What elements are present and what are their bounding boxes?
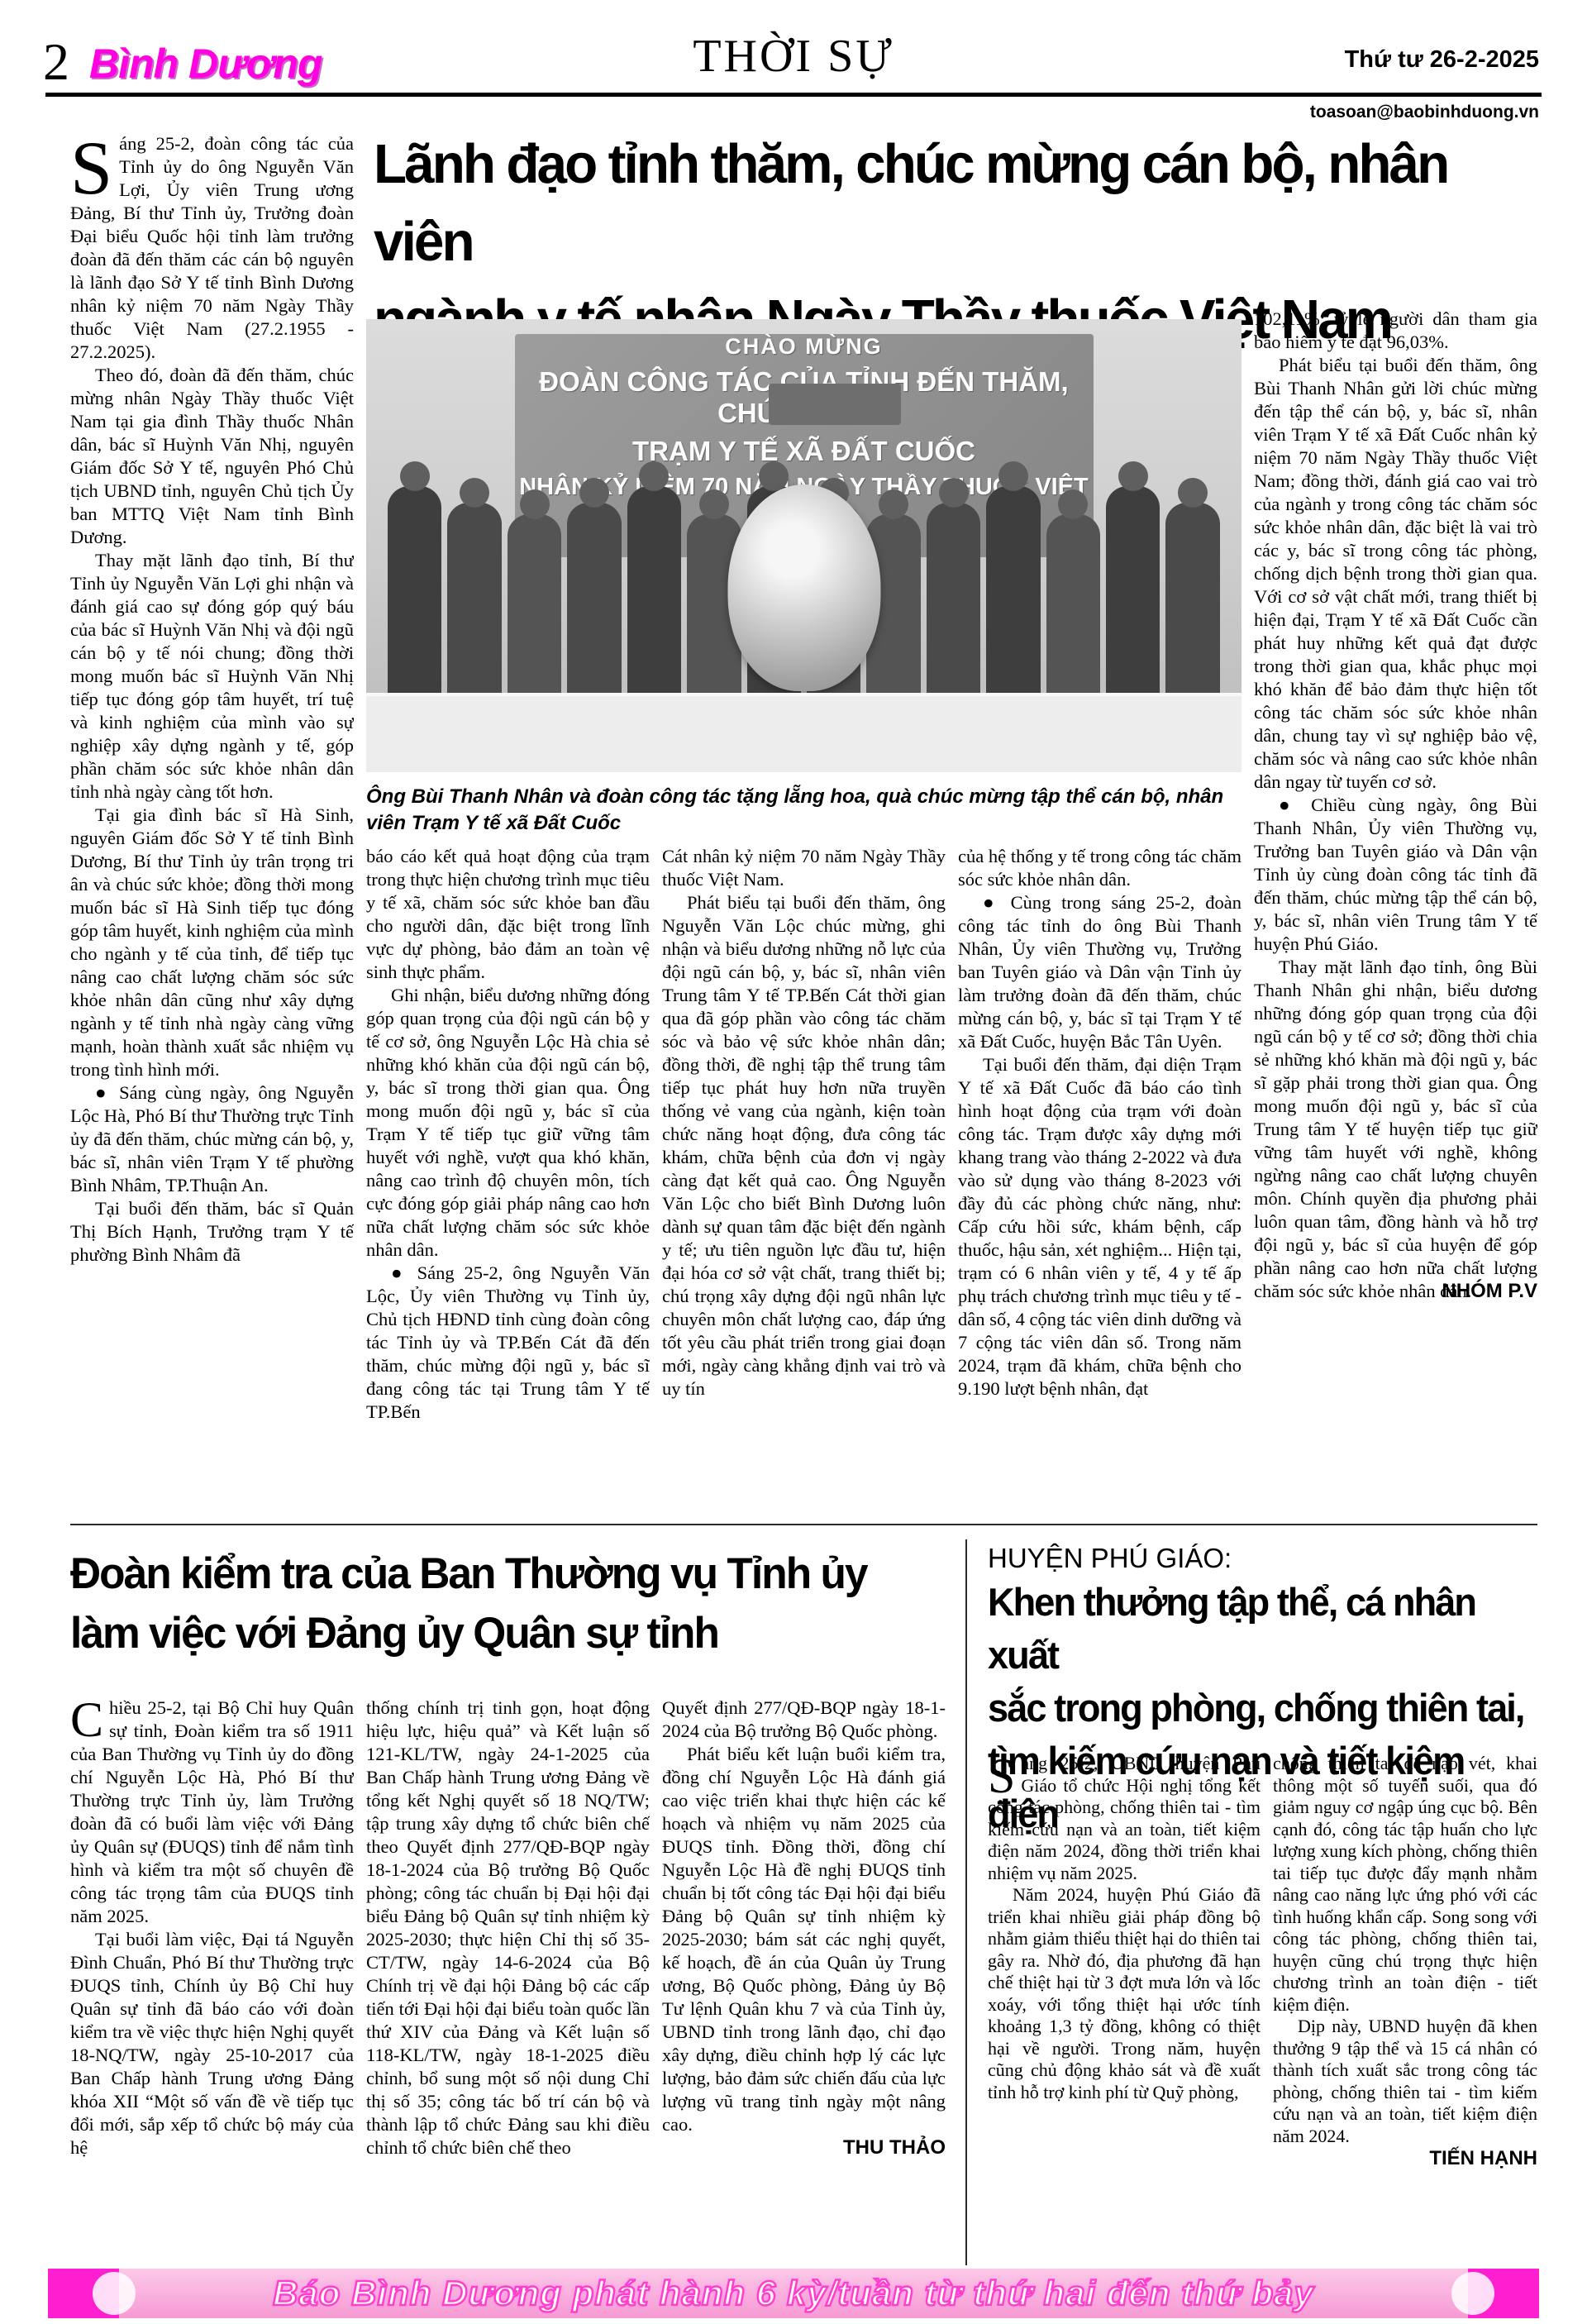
footer-text: Báo Bình Dương phát hành 6 kỳ/tuần từ th… <box>273 2274 1314 2313</box>
person-silhouette <box>567 503 621 699</box>
article2-column-3: Quyết định 277/QĐ-BQP ngày 18-1-2024 của… <box>662 1696 946 2269</box>
paragraph: của hệ thống y tế trong công tác chăm só… <box>958 845 1241 891</box>
article2-byline: THU THẢO <box>662 2136 946 2159</box>
drop-cap: S <box>70 132 119 198</box>
article2-column-1: Chiều 25-2, tại Bộ Chỉ huy Quân sự tỉnh,… <box>70 1696 354 2269</box>
paragraph: Thay mặt lãnh đạo tỉnh, ông Bùi Thanh Nh… <box>1254 956 1537 1303</box>
article-photo: CHÀO MỪNG ĐOÀN CÔNG TÁC CỦA TỈNH ĐẾN THĂ… <box>366 319 1241 772</box>
date-label: Thứ tư 26-2-2025 <box>1345 46 1539 74</box>
article3-headline-line2: sắc trong phòng, chống thiên tai, <box>988 1682 1535 1735</box>
drop-cap: C <box>70 1696 109 1739</box>
paragraph: Tại buổi làm việc, Đại tá Nguyễn Đình Ch… <box>70 1928 354 2159</box>
paragraph: Chiều 25-2, tại Bộ Chỉ huy Quân sự tỉnh,… <box>70 1696 354 1928</box>
person-silhouette <box>986 486 1040 699</box>
article3-byline: TIẾN HẠNH <box>1273 2147 1537 2170</box>
newspaper-page: 2 Bình Dương THỜI SỰ Thứ tư 26-2-2025 to… <box>0 0 1587 2324</box>
article2-headline-line1: Đoàn kiểm tra của Ban Thường vụ Tỉnh ủy <box>70 1544 932 1604</box>
article1-column-3: Cát nhân kỷ niệm 70 năm Ngày Thầy thuốc … <box>662 845 946 1519</box>
paragraph: Năm 2024, huyện Phú Giáo đã triển khai n… <box>988 1884 1261 2103</box>
small-sign <box>769 384 901 425</box>
paragraph: Tại buổi đến thăm, bác sĩ Quản Thị Bích … <box>70 1197 354 1267</box>
paragraph: Phát biểu tại buổi đến thăm, ông Bùi Tha… <box>1254 354 1537 794</box>
paragraph: Theo đó, đoàn đã đến thăm, chúc mừng nhâ… <box>70 364 354 549</box>
drop-cap: S <box>988 1753 1021 1796</box>
flower-wreath <box>727 484 880 691</box>
article3-column-2: chống thiên tai để nạo vét, khai thông m… <box>1273 1753 1537 2267</box>
paragraph: Quyết định 277/QĐ-BQP ngày 18-1-2024 của… <box>662 1696 946 1743</box>
paragraph: ● Chiều cùng ngày, ông Bùi Thanh Nhân, Ủ… <box>1254 794 1537 956</box>
person-silhouette <box>447 503 501 699</box>
person-silhouette <box>1165 503 1219 699</box>
article1-column-2: báo cáo kết quả hoạt động của trạm trong… <box>366 845 650 1519</box>
paragraph: 102,11%; tỷ lệ người dân tham gia bảo hi… <box>1254 308 1537 354</box>
paragraph: Dịp này, UBND huyện đã khen thưởng 9 tập… <box>1273 2016 1537 2147</box>
footer-decoration-right <box>1468 2269 1539 2318</box>
paragraph: ● Cùng trong sáng 25-2, đoàn công tác tỉ… <box>958 891 1241 1053</box>
photo-caption: Ông Bùi Thanh Nhân và đoàn công tác tặng… <box>366 784 1241 837</box>
paragraph: báo cáo kết quả hoạt động của trạm trong… <box>366 845 650 984</box>
article1-headline-line1: Lãnh đạo tỉnh thăm, chúc mừng cán bộ, nh… <box>374 126 1524 281</box>
article1-column-4: của hệ thống y tế trong công tác chăm só… <box>958 845 1241 1519</box>
paragraph: Tại buổi đến thăm, đại diện Trạm Y tế xã… <box>958 1053 1241 1401</box>
article2-headline: Đoàn kiểm tra của Ban Thường vụ Tỉnh ủy … <box>70 1544 932 1663</box>
paragraph: Cát nhân kỷ niệm 70 năm Ngày Thầy thuốc … <box>662 845 946 891</box>
header-rule <box>45 93 1542 97</box>
person-silhouette <box>927 503 980 699</box>
editor-email: toasoan@baobinhduong.vn <box>1310 103 1539 122</box>
article1-column-1: Sáng 25-2, đoàn công tác của Tỉnh ủy do … <box>70 132 354 1488</box>
photo-banner-line1: CHÀO MỪNG <box>725 334 882 360</box>
paragraph: Tại gia đình bác sĩ Hà Sinh, nguyên Giám… <box>70 804 354 1081</box>
paragraph: chống thiên tai để nạo vét, khai thông m… <box>1273 1753 1537 2016</box>
person-silhouette <box>1106 486 1160 699</box>
person-silhouette <box>1046 514 1100 699</box>
person-silhouette <box>388 486 441 699</box>
article1-column-5: 102,11%; tỷ lệ người dân tham gia bảo hi… <box>1254 308 1537 1515</box>
person-silhouette <box>627 486 681 699</box>
article3-headline-line1: Khen thưởng tập thể, cá nhân xuất <box>988 1576 1535 1682</box>
paragraph: Sáng 25-2, UBND huyện Phú Giáo tổ chức H… <box>988 1753 1261 1884</box>
paragraph: ● Sáng cùng ngày, ông Nguyễn Lộc Hà, Phó… <box>70 1081 354 1197</box>
paragraph: ● Sáng 25-2, ông Nguyễn Văn Lộc, Ủy viên… <box>366 1262 650 1424</box>
person-silhouette <box>508 514 561 699</box>
paragraph: Thay mặt lãnh đạo tỉnh, Bí thư Tỉnh ủy N… <box>70 549 354 804</box>
paragraph: Ghi nhận, biểu dương những đóng góp quan… <box>366 984 650 1262</box>
footer-banner: Báo Bình Dương phát hành 6 kỳ/tuần từ th… <box>48 2269 1539 2318</box>
paragraph: Phát biểu kết luận buổi kiểm tra, đồng c… <box>662 1743 946 2136</box>
footer-decoration-left <box>48 2269 119 2318</box>
column-divider <box>965 1539 967 2265</box>
article2-column-2: thống chính trị tinh gọn, hoạt động hiệu… <box>366 1696 650 2269</box>
section-divider <box>70 1524 1537 1525</box>
paragraph: Phát biểu tại buổi đến thăm, ông Nguyễn … <box>662 891 946 1401</box>
table <box>366 693 1241 772</box>
article2-headline-line2: làm việc với Đảng ủy Quân sự tỉnh <box>70 1604 932 1663</box>
paragraph: thống chính trị tinh gọn, hoạt động hiệu… <box>366 1696 650 2159</box>
article3-kicker: HUYỆN PHÚ GIÁO: <box>988 1543 1232 1574</box>
article3-column-1: Sáng 25-2, UBND huyện Phú Giáo tổ chức H… <box>988 1753 1261 2267</box>
paragraph: Sáng 25-2, đoàn công tác của Tỉnh ủy do … <box>70 132 354 364</box>
